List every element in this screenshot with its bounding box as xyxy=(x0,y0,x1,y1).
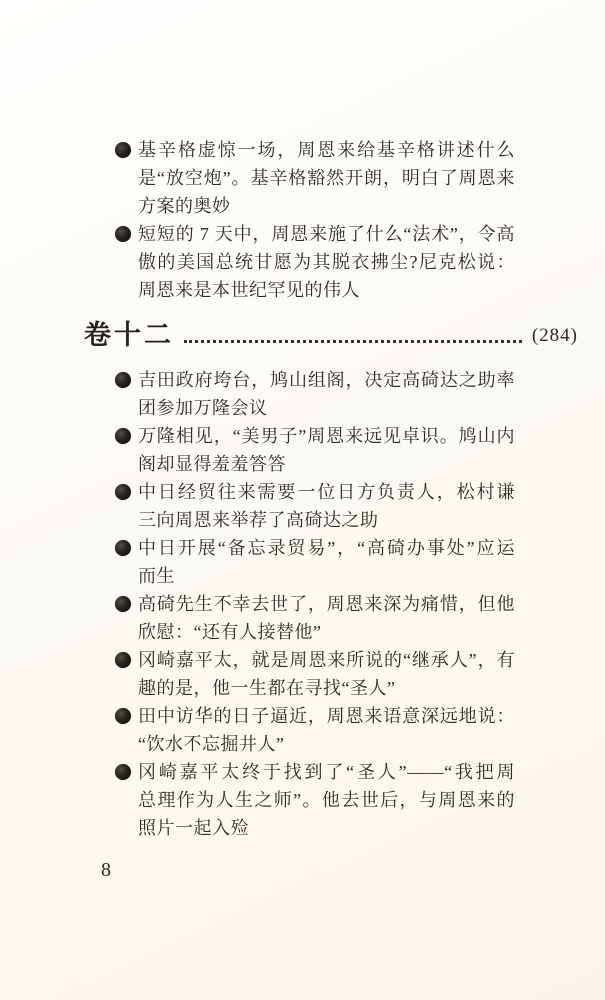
toc-entry-line: 总理作为人生之师”。他去世后，与周恩来的 xyxy=(115,786,515,814)
bullet-icon xyxy=(115,540,131,556)
toc-entry-line: 照片一起入殓 xyxy=(115,814,515,842)
toc-entry-line: 吉田政府垮台，鸠山组阁，决定高碕达之助率 xyxy=(115,366,515,394)
toc-entry-text: 吉田政府垮台，鸠山组阁，决定高碕达之助率 xyxy=(138,370,515,390)
toc-entry-text: 中日开展“备忘录贸易”，“高碕办事处”应运 xyxy=(138,538,515,558)
toc-entry-text: 中日经贸往来需要一位日方负责人，松村谦 xyxy=(138,482,515,502)
toc-entry-text: 欣慰：“还有人接替他” xyxy=(138,622,321,642)
toc-entry-line: 而生 xyxy=(115,562,515,590)
bullet-icon xyxy=(115,484,131,500)
bullet-icon xyxy=(115,372,131,388)
toc-entry-line: 中日开展“备忘录贸易”，“高碕办事处”应运 xyxy=(115,534,515,562)
toc-entry: 冈崎嘉平太终于找到了“圣人”——“我把周总理作为人生之师”。他去世后，与周恩来的… xyxy=(115,758,515,842)
toc-entry-text: 冈崎嘉平太，就是周恩来所说的“继承人”，有 xyxy=(138,650,515,670)
toc-entry-text: 高碕先生不幸去世了，周恩来深为痛惜，但他 xyxy=(138,594,515,614)
toc-entry: 中日经贸往来需要一位日方负责人，松村谦三向周恩来举荐了高碕达之助 xyxy=(115,478,515,534)
bullet-icon xyxy=(115,428,131,444)
toc-entry-line: 方案的奥妙 xyxy=(115,192,515,220)
toc-entry-line: 高碕先生不幸去世了，周恩来深为痛惜，但他 xyxy=(115,590,515,618)
section-title: 卷十二 xyxy=(84,318,174,352)
toc-entry: 冈崎嘉平太，就是周恩来所说的“继承人”，有趣的是，他一生都在寻找“圣人” xyxy=(115,646,515,702)
dotted-leader xyxy=(184,340,522,343)
bullet-icon xyxy=(115,142,131,158)
toc-entry-line: 是“放空炮”。基辛格豁然开朗，明白了周恩来 xyxy=(115,164,515,192)
book-page: 基辛格虚惊一场，周恩来给基辛格讲述什么是“放空炮”。基辛格豁然开朗，明白了周恩来… xyxy=(0,0,605,1000)
toc-entry-text: 方案的奥妙 xyxy=(138,196,231,216)
toc-entry-text: 总理作为人生之师”。他去世后，与周恩来的 xyxy=(138,790,515,810)
toc-entry-text: 是“放空炮”。基辛格豁然开朗，明白了周恩来 xyxy=(138,168,515,188)
toc-entry-text: 短短的 7 天中，周恩来施了什么“法术”，令高 xyxy=(138,224,515,244)
toc-entry-text: 田中访华的日子逼近，周恩来语意深远地说： xyxy=(138,706,515,726)
toc-entry: 短短的 7 天中，周恩来施了什么“法术”，令高傲的美国总统甘愿为其脱衣拂尘?尼克… xyxy=(115,220,515,304)
toc-entry-line: “饮水不忘掘井人” xyxy=(115,730,515,758)
toc-entry-text: 基辛格虚惊一场，周恩来给基辛格讲述什么 xyxy=(138,140,515,160)
toc-entry-text: 万隆相见，“美男子”周恩来远见卓识。鸠山内 xyxy=(138,426,515,446)
toc-entry-text: 团参加万隆会议 xyxy=(138,398,268,418)
toc-entry: 高碕先生不幸去世了，周恩来深为痛惜，但他欣慰：“还有人接替他” xyxy=(115,590,515,646)
bullet-icon xyxy=(115,652,131,668)
toc-entry: 基辛格虚惊一场，周恩来给基辛格讲述什么是“放空炮”。基辛格豁然开朗，明白了周恩来… xyxy=(115,136,515,220)
bullet-icon xyxy=(115,764,131,780)
bullet-icon xyxy=(115,708,131,724)
toc-entry: 中日开展“备忘录贸易”，“高碕办事处”应运而生 xyxy=(115,534,515,590)
toc-entry-line: 短短的 7 天中，周恩来施了什么“法术”，令高 xyxy=(115,220,515,248)
toc-entry-line: 趣的是，他一生都在寻找“圣人” xyxy=(115,674,515,702)
toc-entry: 吉田政府垮台，鸠山组阁，决定高碕达之助率团参加万隆会议 xyxy=(115,366,515,422)
bullet-icon xyxy=(115,226,131,242)
toc-entry-text: 傲的美国总统甘愿为其脱衣拂尘?尼克松说： xyxy=(138,252,515,272)
toc-entry-text: 三向周恩来举荐了高碕达之助 xyxy=(138,510,379,530)
toc-entry-text: 阁却显得羞羞答答 xyxy=(138,454,286,474)
toc-entry-line: 团参加万隆会议 xyxy=(115,394,515,422)
bullet-icon xyxy=(115,596,131,612)
toc-leading-entries: 基辛格虚惊一场，周恩来给基辛格讲述什么是“放空炮”。基辛格豁然开朗，明白了周恩来… xyxy=(115,136,515,304)
toc-entry-line: 周恩来是本世纪罕见的伟人 xyxy=(115,276,515,304)
toc-entry-text: 照片一起入殓 xyxy=(138,818,249,838)
toc-entry-line: 三向周恩来举荐了高碕达之助 xyxy=(115,506,515,534)
toc-entry-line: 中日经贸往来需要一位日方负责人，松村谦 xyxy=(115,478,515,506)
toc-entry-text: “饮水不忘掘井人” xyxy=(138,734,284,754)
section-page-ref: (284) xyxy=(532,323,578,349)
toc-entry: 田中访华的日子逼近，周恩来语意深远地说：“饮水不忘掘井人” xyxy=(115,702,515,758)
toc-entry-text: 冈崎嘉平太终于找到了“圣人”——“我把周 xyxy=(138,762,515,782)
toc-entry-line: 冈崎嘉平太终于找到了“圣人”——“我把周 xyxy=(115,758,515,786)
toc-entry-line: 基辛格虚惊一场，周恩来给基辛格讲述什么 xyxy=(115,136,515,164)
toc-section-entries: 吉田政府垮台，鸠山组阁，决定高碕达之助率团参加万隆会议万隆相见，“美男子”周恩来… xyxy=(115,366,515,842)
toc-entry-text: 而生 xyxy=(138,566,175,586)
toc-entry-text: 趣的是，他一生都在寻找“圣人” xyxy=(138,678,395,698)
toc-entry-line: 万隆相见，“美男子”周恩来远见卓识。鸠山内 xyxy=(115,422,515,450)
page-number: 8 xyxy=(101,858,111,882)
toc-entry: 万隆相见，“美男子”周恩来远见卓识。鸠山内阁却显得羞羞答答 xyxy=(115,422,515,478)
toc-entry-line: 傲的美国总统甘愿为其脱衣拂尘?尼克松说： xyxy=(115,248,515,276)
toc-entry-line: 欣慰：“还有人接替他” xyxy=(115,618,515,646)
toc-entry-text: 周恩来是本世纪罕见的伟人 xyxy=(138,280,360,300)
toc-entry-line: 冈崎嘉平太，就是周恩来所说的“继承人”，有 xyxy=(115,646,515,674)
toc-entry-line: 阁却显得羞羞答答 xyxy=(115,450,515,478)
section-heading: 卷十二 (284) xyxy=(84,318,578,352)
toc-entry-line: 田中访华的日子逼近，周恩来语意深远地说： xyxy=(115,702,515,730)
